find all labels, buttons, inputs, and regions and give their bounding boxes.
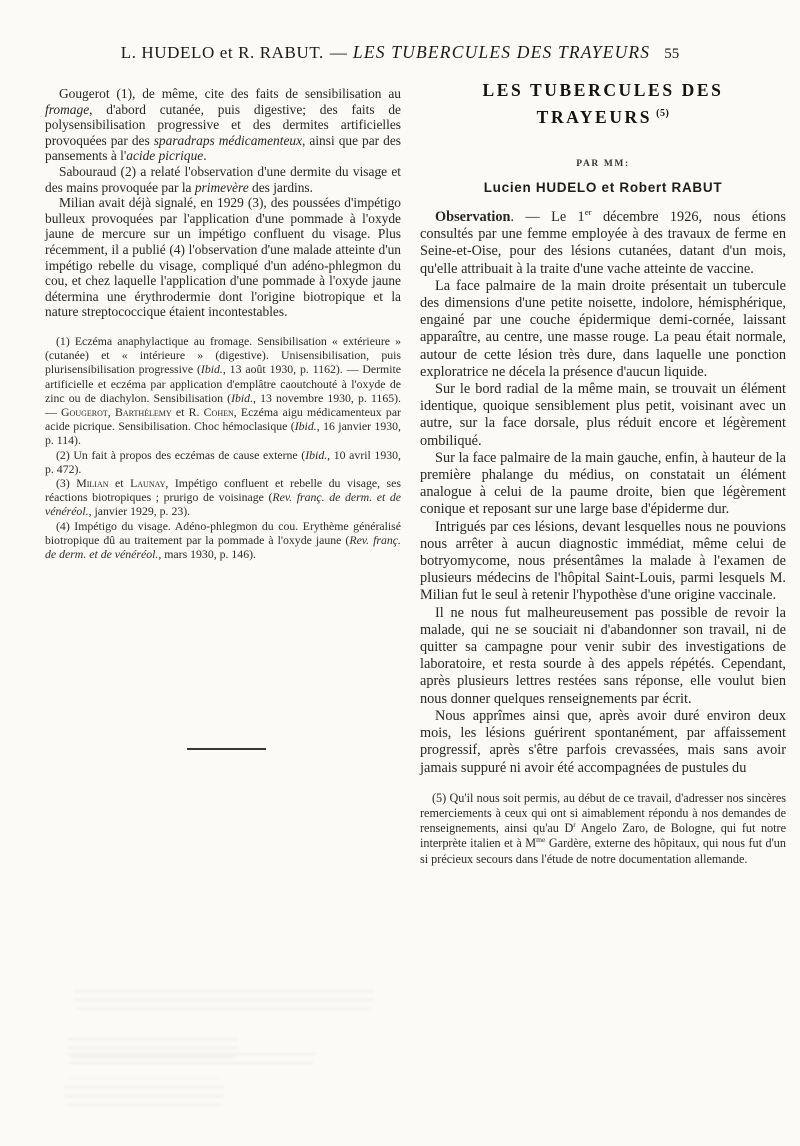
article-authors: Lucien HUDELO et Robert RABUT — [420, 180, 786, 195]
header-article-title: LES TUBERCULES DES TRAYEURS — [353, 42, 650, 62]
body-paragraph: Intrigués par ces lésions, devant lesque… — [420, 519, 786, 605]
left-column-footnotes: (1) Eczéma anaphylactique au fromage. Se… — [45, 334, 401, 561]
article-title-line-2-text: TRAYEURS — [537, 107, 652, 127]
footnote: (2) Un fait à propos des eczémas de caus… — [45, 448, 401, 476]
left-column-body: Gougerot (1), de même, cite des faits de… — [45, 86, 401, 320]
right-column-body: Observation. — Le 1er décembre 1926, nou… — [420, 209, 786, 777]
article-title-line-1: LES TUBERCULES DES — [420, 78, 786, 102]
article-title-line-2: TRAYEURS(5) — [420, 102, 786, 129]
body-paragraph: Gougerot (1), de même, cite des faits de… — [45, 86, 401, 164]
article-title: LES TUBERCULES DES TRAYEURS(5) — [420, 78, 786, 129]
body-paragraph: Il ne nous fut malheureusement pas possi… — [420, 605, 786, 708]
article-footnote: (5) Qu'il nous soit permis, au début de … — [420, 791, 786, 867]
byline-label: PAR MM: — [420, 159, 786, 169]
body-paragraph: Sur la face palmaire de la main gauche, … — [420, 450, 786, 519]
footnote: (4) Impétigo du visage. Adéno-phlegmon d… — [45, 519, 401, 562]
header-separator: — — [330, 43, 347, 62]
footnote: (1) Eczéma anaphylactique au fromage. Se… — [45, 334, 401, 448]
body-paragraph: Observation. — Le 1er décembre 1926, nou… — [420, 209, 786, 278]
left-column: Gougerot (1), de même, cite des faits de… — [45, 86, 401, 561]
running-header: L. HUDELO et R. RABUT.—LES TUBERCULES DE… — [0, 42, 800, 63]
footnote: (3) Milian et Launay, Impétigo confluent… — [45, 476, 401, 519]
header-authors: L. HUDELO et R. RABUT. — [121, 43, 324, 62]
right-column: LES TUBERCULES DES TRAYEURS(5) PAR MM: L… — [420, 78, 786, 867]
body-paragraph: La face palmaire de la main droite prése… — [420, 278, 786, 381]
scan-smudge — [64, 1078, 224, 1106]
journal-page: L. HUDELO et R. RABUT.—LES TUBERCULES DE… — [0, 0, 800, 1146]
scan-smudge — [74, 984, 374, 1010]
title-footnote-mark: (5) — [656, 108, 669, 119]
body-paragraph: Nous apprîmes ainsi que, après avoir dur… — [420, 708, 786, 777]
scan-smudge — [66, 1050, 316, 1064]
body-paragraph: Sabouraud (2) a relaté l'observation d'u… — [45, 164, 401, 195]
body-paragraph: Milian avait déjà signalé, en 1929 (3), … — [45, 195, 401, 320]
page-number: 55 — [664, 46, 679, 62]
body-paragraph: Sur le bord radial de la même main, se t… — [420, 381, 786, 450]
section-divider-rule — [187, 748, 266, 750]
